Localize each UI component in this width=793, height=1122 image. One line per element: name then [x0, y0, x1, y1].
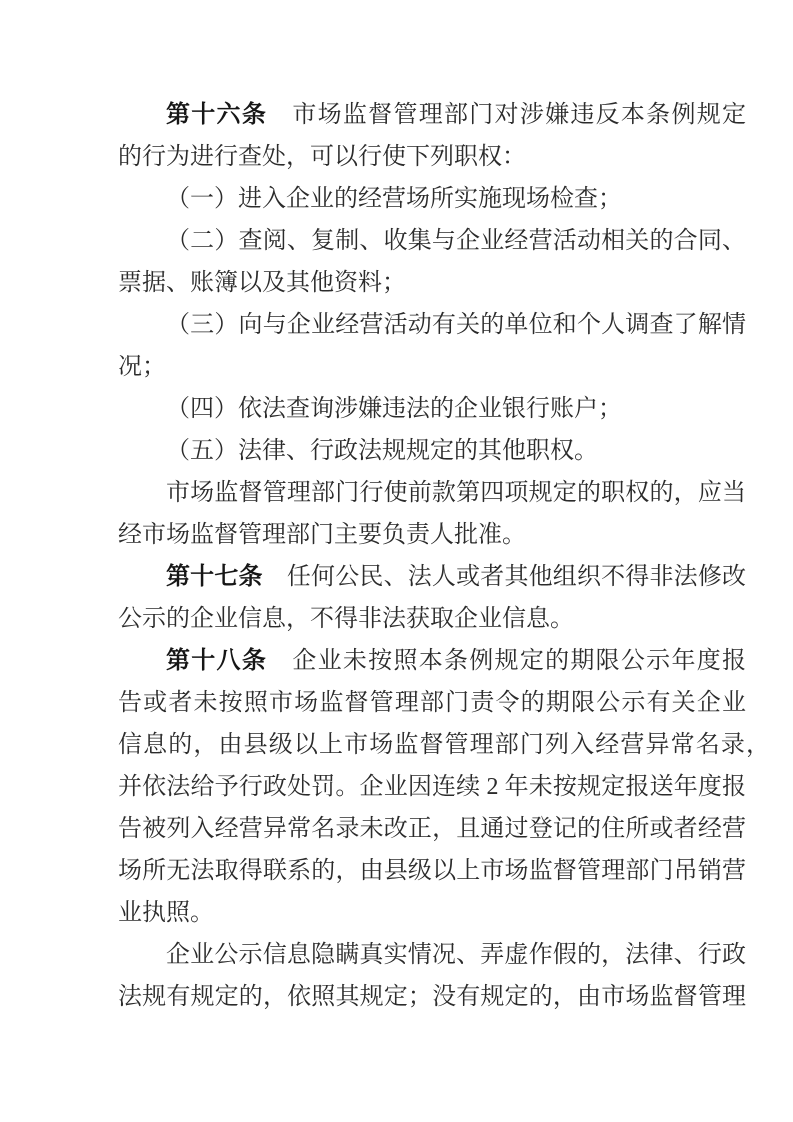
paragraph: （二）查阅、复制、收集与企业经营活动相关的合同、票据、账簿以及其他资料； — [118, 220, 746, 304]
paragraph: 市场监督管理部门行使前款第四项规定的职权的，应当经市场监督管理部门主要负责人批准… — [118, 472, 746, 556]
paragraph: 企业公示信息隐瞒真实情况、弄虚作假的，法律、行政法规有规定的，依照其规定；没有规… — [118, 934, 746, 1018]
text-line: （二）查阅、复制、收集与企业经营活动相关的合同、 — [118, 220, 746, 262]
text-line: （三）向与企业经营活动有关的单位和个人调查了解情 — [118, 304, 746, 346]
article-heading-line: 第十六条 市场监督管理部门对涉嫌违反本条例规定 — [118, 94, 746, 136]
paragraph: 第十七条 任何公民、法人或者其他组织不得非法修改公示的企业信息，不得非法获取企业… — [118, 556, 746, 640]
text-line: 法规有规定的，依照其规定；没有规定的，由市场监督管理 — [118, 976, 746, 1018]
text-line: 况； — [118, 346, 746, 388]
article-number: 第十七条 — [166, 564, 263, 590]
article-heading-line: 第十七条 任何公民、法人或者其他组织不得非法修改 — [118, 556, 746, 598]
text-line: 信息的，由县级以上市场监督管理部门列入经营异常名录， — [118, 724, 746, 766]
paragraph: （三）向与企业经营活动有关的单位和个人调查了解情况； — [118, 304, 746, 388]
text-line: 场所无法取得联系的，由县级以上市场监督管理部门吊销营 — [118, 850, 746, 892]
text-line: 的行为进行查处，可以行使下列职权： — [118, 136, 746, 178]
text-line: 并依法给予行政处罚。企业因连续 2 年未按规定报送年度报 — [118, 766, 746, 808]
text-line: 市场监督管理部门行使前款第四项规定的职权的，应当 — [118, 472, 746, 514]
text-line: 企业公示信息隐瞒真实情况、弄虚作假的，法律、行政 — [118, 934, 746, 976]
text-line: （四）依法查询涉嫌违法的企业银行账户； — [118, 388, 746, 430]
paragraph: （一）进入企业的经营场所实施现场检查； — [118, 178, 746, 220]
text-line: 公示的企业信息，不得非法获取企业信息。 — [118, 598, 746, 640]
document-content: 第十六条 市场监督管理部门对涉嫌违反本条例规定的行为进行查处，可以行使下列职权：… — [118, 94, 746, 1018]
text-line: （一）进入企业的经营场所实施现场检查； — [118, 178, 746, 220]
text-line: 票据、账簿以及其他资料； — [118, 262, 746, 304]
text-line: 告被列入经营异常名录未改正，且通过登记的住所或者经营 — [118, 808, 746, 850]
text-line: 业执照。 — [118, 892, 746, 934]
article-heading-line: 第十八条 企业未按照本条例规定的期限公示年度报 — [118, 640, 746, 682]
paragraph: （五）法律、行政法规规定的其他职权。 — [118, 430, 746, 472]
paragraph: 第十六条 市场监督管理部门对涉嫌违反本条例规定的行为进行查处，可以行使下列职权： — [118, 94, 746, 178]
document-page: 第十六条 市场监督管理部门对涉嫌违反本条例规定的行为进行查处，可以行使下列职权：… — [0, 0, 793, 1122]
text-line: 告或者未按照市场监督管理部门责令的期限公示有关企业 — [118, 682, 746, 724]
paragraph: 第十八条 企业未按照本条例规定的期限公示年度报告或者未按照市场监督管理部门责令的… — [118, 640, 746, 934]
article-number: 第十六条 — [166, 102, 267, 128]
text-line: 经市场监督管理部门主要负责人批准。 — [118, 514, 746, 556]
article-number: 第十八条 — [166, 648, 267, 674]
paragraph: （四）依法查询涉嫌违法的企业银行账户； — [118, 388, 746, 430]
text-line: （五）法律、行政法规规定的其他职权。 — [118, 430, 746, 472]
